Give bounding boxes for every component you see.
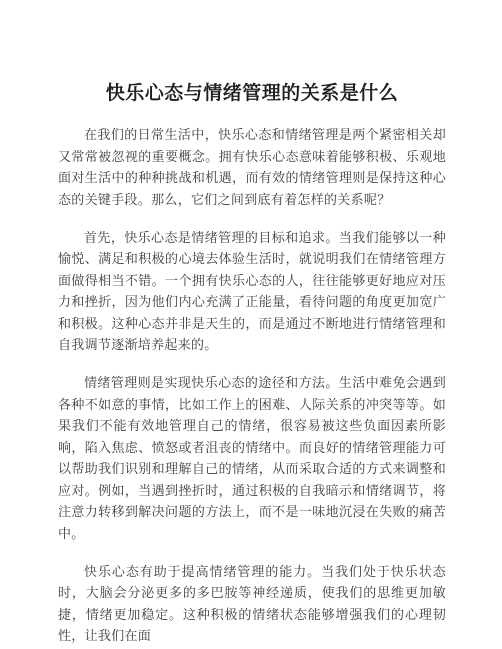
paragraph-3: 情绪管理则是实现快乐心态的途径和方法。生活中难免会遇到各种不如意的事情，比如工作…	[58, 372, 446, 544]
paragraph-1: 在我们的日常生活中，快乐心态和情绪管理是两个紧密相关却又常常被忽视的重要概念。拥…	[58, 124, 446, 210]
paragraph-2: 首先，快乐心态是情绪管理的目标和追求。当我们能够以一种愉悦、满足和积极的心境去体…	[58, 227, 446, 356]
paragraph-4: 快乐心态有助于提高情绪管理的能力。当我们处于快乐状态时，大脑会分泌更多的多巴胺等…	[58, 561, 446, 647]
document-content: 快乐心态与情绪管理的关系是什么 在我们的日常生活中，快乐心态和情绪管理是两个紧密…	[0, 0, 502, 647]
document-page: 快乐心态与情绪管理的关系是什么 在我们的日常生活中，快乐心态和情绪管理是两个紧密…	[0, 0, 502, 649]
document-title: 快乐心态与情绪管理的关系是什么	[58, 82, 446, 106]
